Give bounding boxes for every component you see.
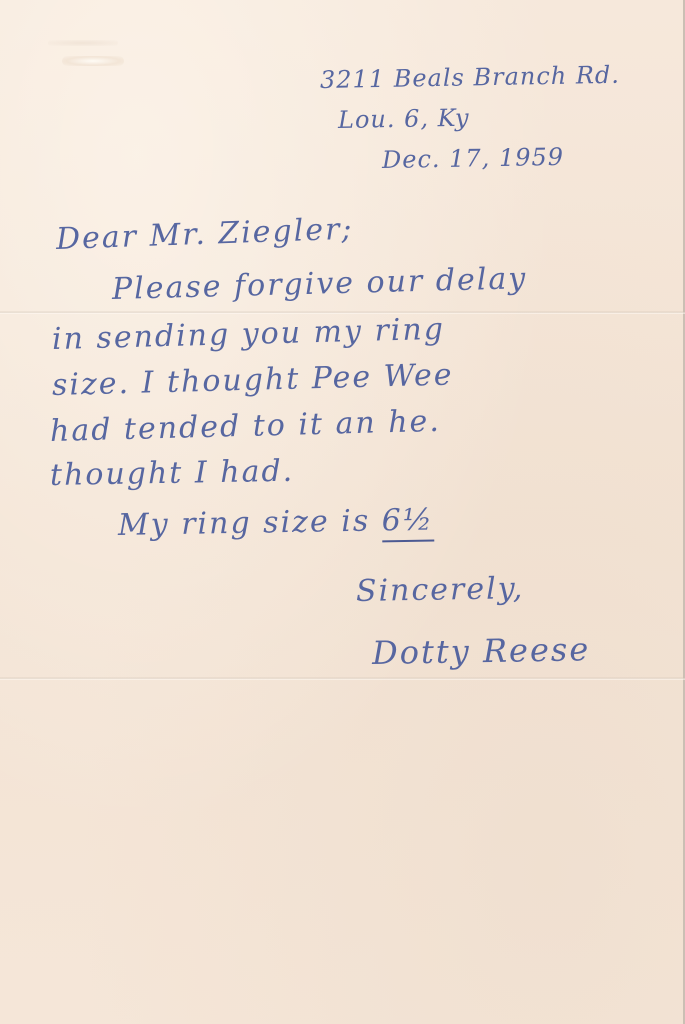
ring-size-line: My ring size is 6½ (118, 502, 435, 547)
ring-size-sentence: My ring size is (118, 504, 371, 543)
closing: Sincerely, (356, 571, 525, 609)
letter-date: Dec. 17, 1959 (382, 143, 564, 174)
paper-blemish (62, 56, 124, 66)
body-line: Please forgive our delay (112, 261, 528, 307)
ring-size-value: 6½ (381, 502, 434, 542)
address-line-2: Lou. 6, Ky (338, 104, 470, 134)
address-line-1: 3211 Beals Branch Rd. (320, 61, 620, 94)
fold-line (0, 677, 685, 680)
body-line: size. I thought Pee Wee (52, 357, 454, 403)
signature: Dotty Reese (372, 630, 591, 672)
body-line: in sending you my ring (52, 312, 446, 357)
paper-blemish (48, 40, 118, 46)
body-line: thought I had. (50, 454, 295, 493)
letter-page: 3211 Beals Branch Rd. Lou. 6, Ky Dec. 17… (0, 0, 685, 1024)
salutation: Dear Mr. Ziegler; (55, 212, 354, 257)
body-line: had tended to it an he. (50, 404, 442, 449)
